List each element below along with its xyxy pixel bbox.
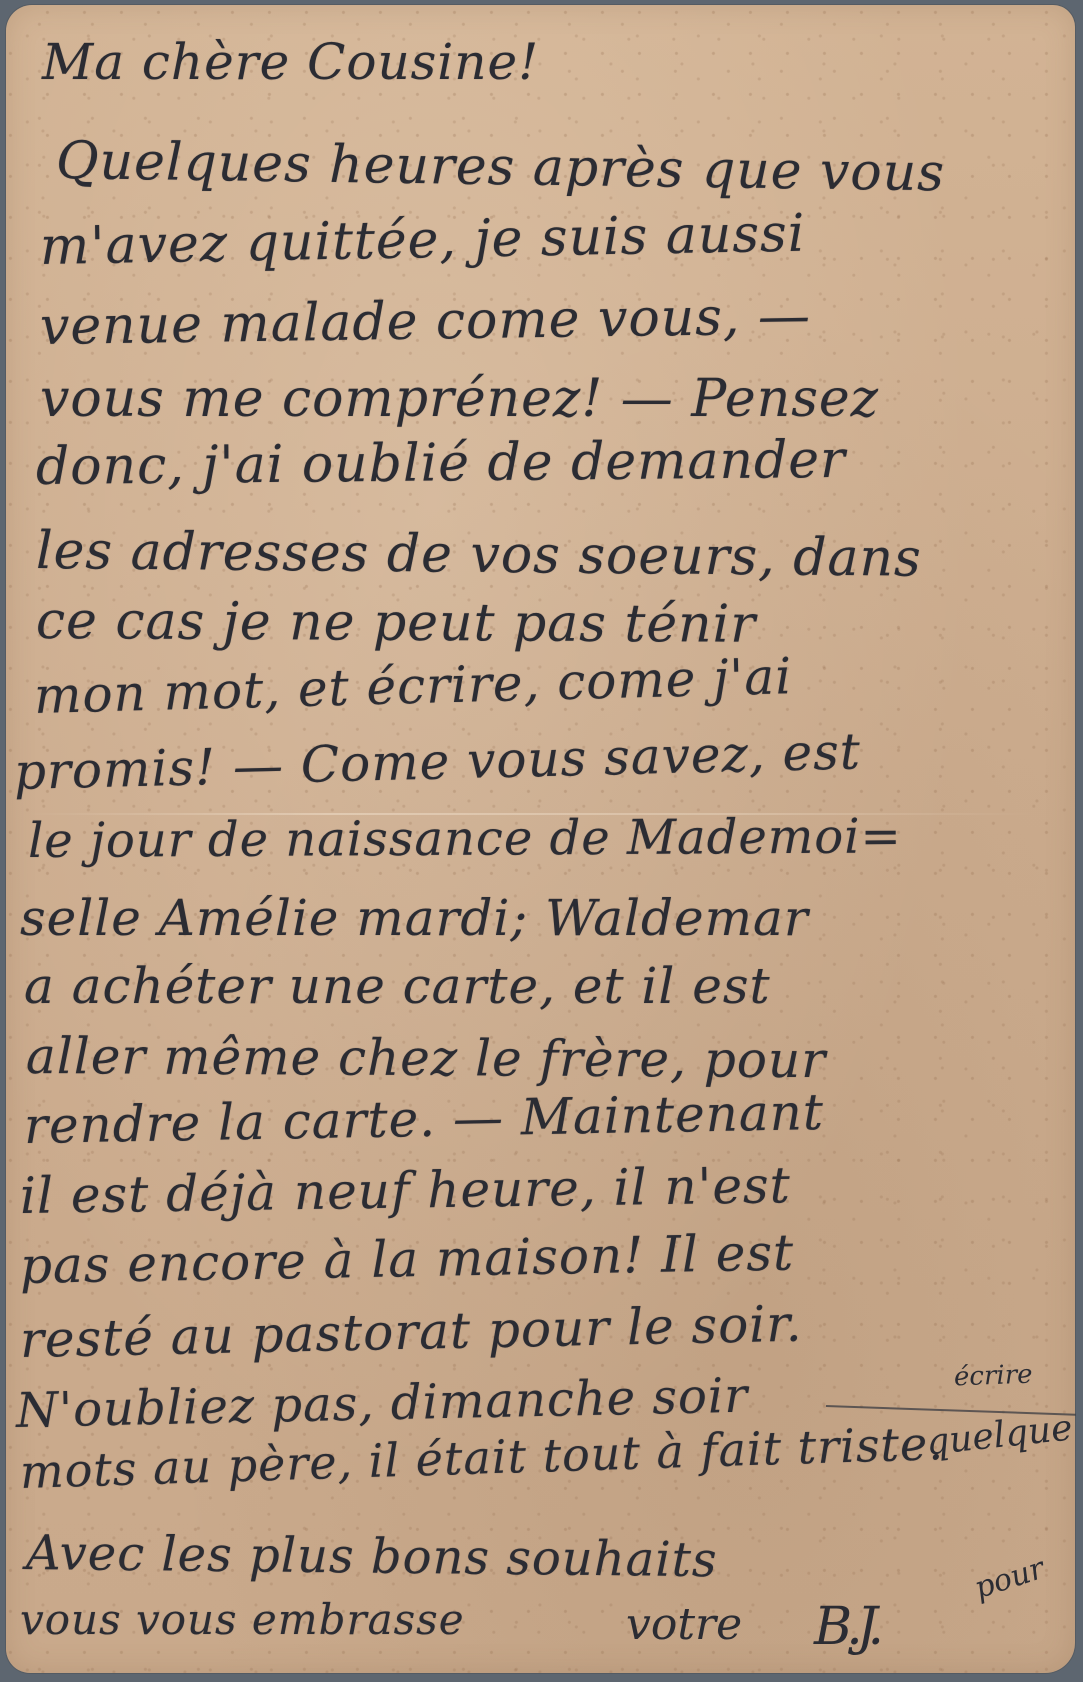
letter-line: resté au pastorat pour le soir.	[19, 1295, 803, 1369]
insertion-above: écrire	[954, 1360, 1034, 1393]
letter-line: le jour de naissance de Mademoi=	[28, 808, 902, 869]
letter-line: les adresses de vos soeurs, dans	[36, 521, 922, 589]
letter-line: a achéter une carte, et il est	[24, 957, 771, 1015]
letter-line: donc, j'ai oublié de demander	[36, 430, 846, 497]
letter-line: m'avez quittée, je suis aussi	[39, 204, 805, 277]
letter-line: vous me comprénez! — Pensez	[40, 369, 879, 429]
salutation: Ma chère Cousine!	[42, 33, 539, 91]
insertion-margin: quelque	[924, 1407, 1074, 1463]
closing: votre	[626, 1599, 742, 1650]
letter-line: venue malade come vous, —	[40, 286, 812, 357]
signature: B.J.	[814, 1597, 878, 1657]
letter-line: mon mot, et écrire, come j'ai	[33, 647, 793, 725]
letter-line: ce cas je ne peut pas ténir	[36, 591, 756, 655]
letter-line: promis! — Come vous savez, est	[13, 722, 861, 801]
letter-line: pas encore à la maison! Il est	[19, 1223, 794, 1295]
margin-word-right: pour	[970, 1551, 1048, 1606]
letter-line: vous vous embrasse	[20, 1595, 465, 1644]
letter-line: aller même chez le frère, pour	[26, 1027, 826, 1089]
letter-line: Avec les plus bons souhaits	[26, 1525, 718, 1588]
letter-line: rendre la carte. — Maintenant	[23, 1083, 824, 1155]
letter-line: Quelques heures après que vous	[56, 131, 946, 203]
letter-line: il est déjà neuf heure, il n'est	[20, 1156, 791, 1225]
postcard: Ma chère Cousine! Quelques heures après …	[6, 5, 1075, 1673]
letter-line: selle Amélie mardi; Waldemar	[20, 889, 809, 947]
